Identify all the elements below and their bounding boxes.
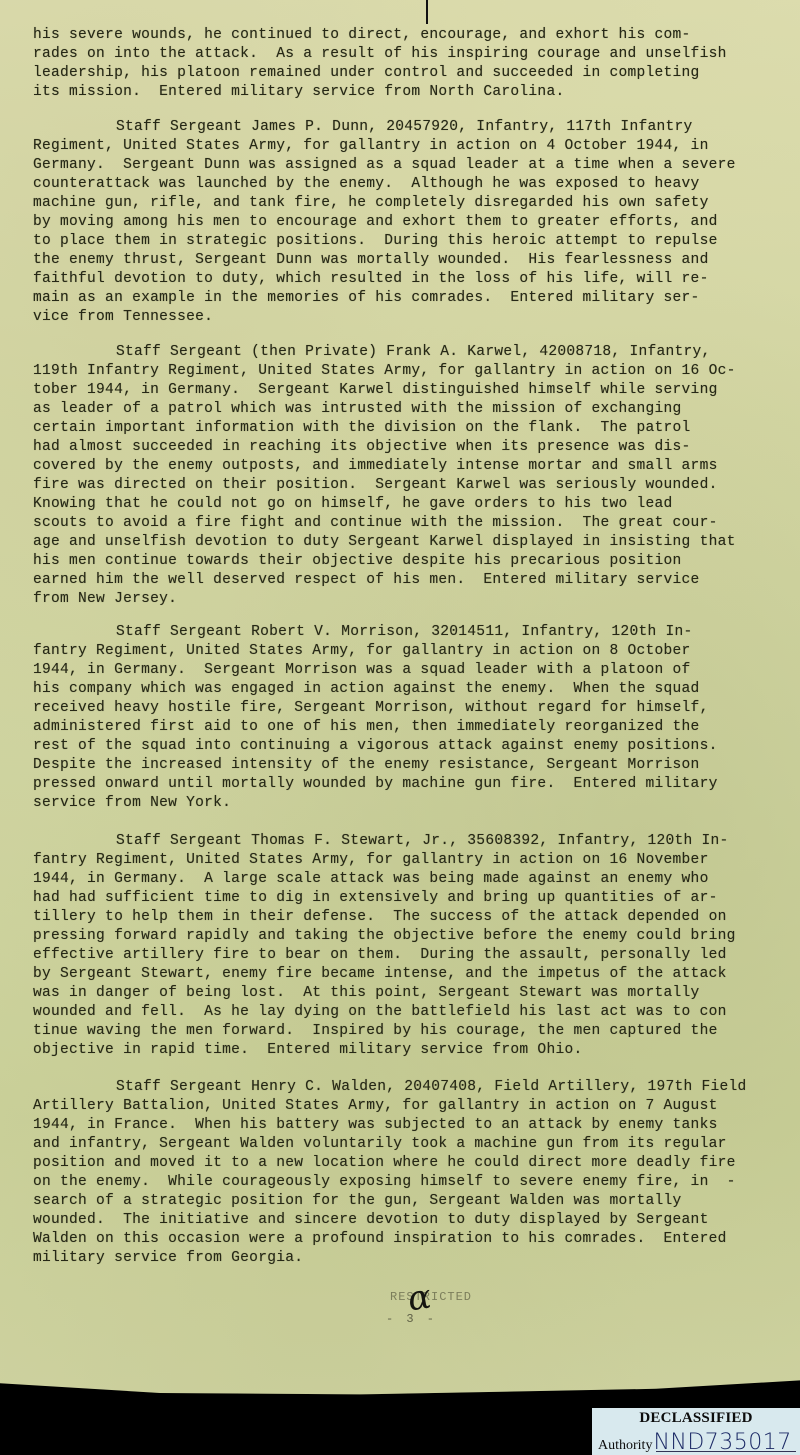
text-line: Knowing that he could not go on himself,… bbox=[33, 495, 673, 514]
text-line: Regiment, United States Army, for gallan… bbox=[33, 137, 709, 156]
text-line: military service from Georgia. bbox=[33, 1249, 303, 1268]
text-line: Walden on this occasion were a profound … bbox=[33, 1230, 727, 1249]
text-line: 1944, in Germany. A large scale attack w… bbox=[33, 870, 709, 889]
text-line: to place them in strategic positions. Du… bbox=[33, 232, 718, 251]
text-line: its mission. Entered military service fr… bbox=[33, 83, 564, 102]
text-line: received heavy hostile fire, Sergeant Mo… bbox=[33, 699, 709, 718]
text-line: leadership, his platoon remained under c… bbox=[33, 64, 700, 83]
text-line: faithful devotion to duty, which resulte… bbox=[33, 270, 709, 289]
text-line: rades on into the attack. As a result of… bbox=[33, 45, 727, 64]
fold-mark bbox=[426, 0, 428, 24]
text-line: main as an example in the memories of hi… bbox=[33, 289, 700, 308]
text-line: 1944, in Germany. Sergeant Morrison was … bbox=[33, 661, 691, 680]
text-line: Staff Sergeant (then Private) Frank A. K… bbox=[116, 343, 711, 362]
text-line: tinue waving the men forward. Inspired b… bbox=[33, 1022, 718, 1041]
text-line: effective artillery fire to bear on them… bbox=[33, 946, 727, 965]
text-line: Staff Sergeant Thomas F. Stewart, Jr., 3… bbox=[116, 832, 729, 851]
text-line: search of a strategic position for the g… bbox=[33, 1192, 682, 1211]
text-line: earned him the well deserved respect of … bbox=[33, 571, 700, 590]
page-number: - 3 - bbox=[386, 1312, 437, 1326]
text-line: age and unselfish devotion to duty Serge… bbox=[33, 533, 736, 552]
text-line: had had sufficient time to dig in extens… bbox=[33, 889, 718, 908]
document-page: his severe wounds, he continued to direc… bbox=[0, 0, 800, 1400]
text-line: fire was directed on their position. Ser… bbox=[33, 476, 718, 495]
text-line: his men continue towards their objective… bbox=[33, 552, 682, 571]
text-line: service from New York. bbox=[33, 794, 231, 813]
text-line: fantry Regiment, United States Army, for… bbox=[33, 851, 709, 870]
text-line: certain important information with the d… bbox=[33, 419, 691, 438]
text-line: the enemy thrust, Sergeant Dunn was mort… bbox=[33, 251, 709, 270]
text-line: wounded and fell. As he lay dying on the… bbox=[33, 1003, 727, 1022]
authority-label: Authority bbox=[598, 1438, 652, 1453]
text-line: 1944, in France. When his battery was su… bbox=[33, 1116, 718, 1135]
text-line: and infantry, Sergeant Walden voluntaril… bbox=[33, 1135, 727, 1154]
text-line: vice from Tennessee. bbox=[33, 308, 213, 327]
text-line: by moving among his men to encourage and… bbox=[33, 213, 718, 232]
text-line: from New Jersey. bbox=[33, 590, 177, 609]
text-line: position and moved it to a new location … bbox=[33, 1154, 736, 1173]
text-line: pressing forward rapidly and taking the … bbox=[33, 927, 736, 946]
declassified-title: DECLASSIFIED bbox=[592, 1410, 800, 1427]
text-line: covered by the enemy outposts, and immed… bbox=[33, 457, 718, 476]
text-line: Staff Sergeant James P. Dunn, 20457920, … bbox=[116, 118, 693, 137]
text-line: Artillery Battalion, United States Army,… bbox=[33, 1097, 718, 1116]
text-line: tober 1944, in Germany. Sergeant Karwel … bbox=[33, 381, 718, 400]
text-line: 119th Infantry Regiment, United States A… bbox=[33, 362, 736, 381]
text-line: by Sergeant Stewart, enemy fire became i… bbox=[33, 965, 727, 984]
text-line: Staff Sergeant Henry C. Walden, 20407408… bbox=[116, 1078, 747, 1097]
text-line: as leader of a patrol which was intruste… bbox=[33, 400, 682, 419]
text-line: his severe wounds, he continued to direc… bbox=[33, 26, 691, 45]
declassified-stamp: DECLASSIFIED AuthorityNND735017 bbox=[592, 1408, 800, 1455]
text-line: was in danger of being lost. At this poi… bbox=[33, 984, 700, 1003]
text-line: tillery to help them in their defense. T… bbox=[33, 908, 727, 927]
text-line: his company which was engaged in action … bbox=[33, 680, 700, 699]
text-line: machine gun, rifle, and tank fire, he co… bbox=[33, 194, 709, 213]
text-line: had almost succeeded in reaching its obj… bbox=[33, 438, 691, 457]
text-line: wounded. The initiative and sincere devo… bbox=[33, 1211, 709, 1230]
text-line: fantry Regiment, United States Army, for… bbox=[33, 642, 691, 661]
text-line: on the enemy. While courageously exposin… bbox=[33, 1173, 736, 1192]
text-line: Staff Sergeant Robert V. Morrison, 32014… bbox=[116, 623, 693, 642]
authority-underline bbox=[656, 1451, 796, 1452]
restricted-mark: RESTRICTED α bbox=[390, 1290, 472, 1304]
text-line: Despite the increased intensity of the e… bbox=[33, 756, 700, 775]
text-line: objective in rapid time. Entered militar… bbox=[33, 1041, 582, 1060]
text-line: pressed onward until mortally wounded by… bbox=[33, 775, 718, 794]
text-line: Germany. Sergeant Dunn was assigned as a… bbox=[33, 156, 736, 175]
text-line: administered first aid to one of his men… bbox=[33, 718, 700, 737]
text-line: rest of the squad into continuing a vigo… bbox=[33, 737, 718, 756]
text-line: counterattack was launched by the enemy.… bbox=[33, 175, 700, 194]
text-line: scouts to avoid a fire fight and continu… bbox=[33, 514, 718, 533]
